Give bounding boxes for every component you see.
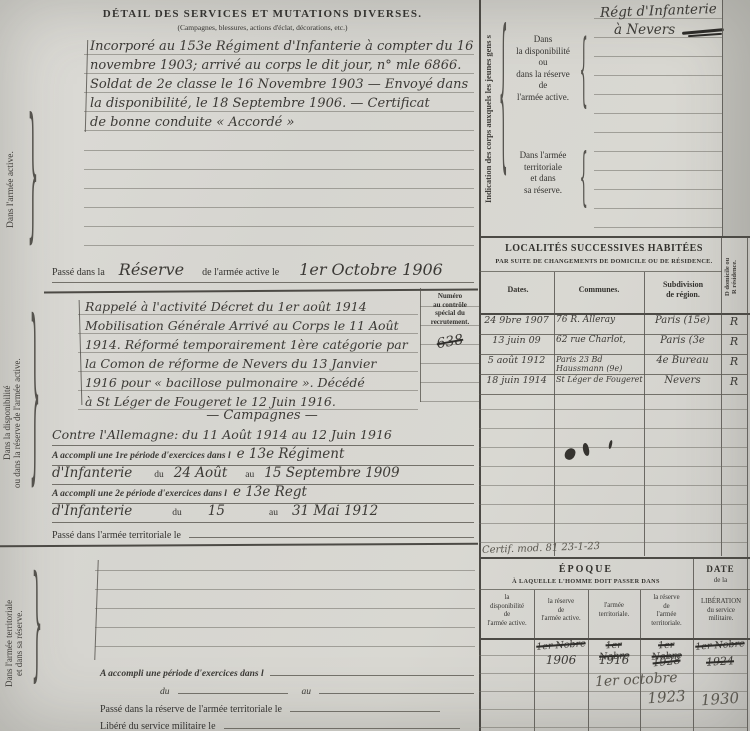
passe-reserve-prefix: Passé dans la [52, 267, 105, 278]
localites-subtitle: PAR SUITE DE CHANGEMENTS DE DOMICILE OU … [484, 258, 724, 265]
mobilisation-note-line: 1916 pour « bacillose pulmonaire ». Décé… [85, 375, 365, 390]
libere-blank [224, 716, 460, 729]
localites-empty-rows [479, 391, 747, 543]
service-note-line: novembre 1903; arrivé au corps le dit jo… [90, 58, 461, 73]
margin-label-armee-active: Dans l'armée active. [6, 95, 26, 285]
mobilisation-note-line: à St Léger de Fougeret le 12 Juin 1916. [85, 394, 336, 409]
numero-controle-box: Numéro au contrôle spécial du recrutemen… [420, 288, 479, 402]
libere-line: Libéré du service militaire le [100, 716, 460, 731]
cell-subdiv: Paris (3e [644, 335, 721, 355]
periode2-au-label: au [269, 508, 278, 518]
localites-col-domicile-residence: D domicile ou R résidence. [724, 243, 746, 311]
numero-controle-value: 638 [420, 329, 480, 355]
corps-territ-label: Dans l'armée territoriale et dans sa rés… [506, 150, 580, 196]
numero-controle-label: Numéro au contrôle spécial du recrutemen… [421, 288, 479, 326]
service-note-line: Incorporé au 153e Régiment d'Infanterie … [90, 39, 473, 54]
periode2-label: A accompli une 2e période d'exercices da… [52, 489, 227, 499]
territ-du-label: du [160, 687, 170, 697]
mobilisation-note-line: 1914. Réformé temporairement 1ère catégo… [85, 337, 408, 352]
epoque-date-title: DATE [693, 564, 748, 574]
localites-col-communes: Communes. [556, 285, 642, 294]
periode1-value: e 13e Régiment [237, 446, 345, 462]
periode1-au-label: au [245, 470, 254, 480]
periode2-value: e 13e Regt [233, 484, 307, 500]
table-row: 5 août 1912 Paris 23 Bd Haussmann (9e) 4… [479, 355, 747, 375]
territ-du-blank [178, 681, 288, 694]
localites-title: LOCALITÉS SUCCESSIVES HABITÉES [484, 243, 724, 254]
periode2-du-value: 15 [208, 503, 225, 519]
page-subtitle: (Campagnes, blessures, actions d'éclat, … [50, 23, 475, 32]
periode2-au-value: 31 Mai 1912 [292, 503, 378, 519]
periode1-au-value: 15 Septembre 1909 [264, 465, 399, 481]
campagnes-entry: Contre l'Allemagne: du 11 Août 1914 au 1… [52, 427, 392, 442]
epoque-value-territoriale: 1916 [590, 653, 638, 667]
margin-brace-active: } [28, 102, 39, 248]
periode1-label: A accompli une 1re période d'exercices d… [52, 451, 231, 461]
section-divider [44, 288, 478, 293]
passe-territoriale-blank [189, 523, 474, 538]
epoque-col-liberation: LIBÉRATION du service militaire. [694, 598, 748, 624]
service-note-line: de bonne conduite « Accordé » [90, 115, 294, 130]
service-note-line: la disponibilité, le 18 Septembre 1906. … [90, 96, 430, 111]
epoque-value-liberation-struck: 1924 [695, 654, 746, 670]
passe-reserve-line: Passé dans la Réserve de l'armée active … [52, 260, 474, 283]
cell-dr: R [721, 355, 747, 375]
epoque-title: ÉPOQUE [479, 564, 693, 575]
territ-passe-reserve-label: Passé dans la réserve de l'armée territo… [100, 704, 282, 715]
margin-brace-territoriale: } [32, 563, 43, 686]
campagnes-heading: — Campagnes — [50, 408, 474, 423]
epoque-value-reserve-active: 1906 [536, 653, 586, 667]
military-record-page: Dans l'armée active. } Dans la disponibi… [0, 0, 750, 731]
cell-date: 5 août 1912 [479, 355, 554, 375]
cell-dr: R [721, 315, 747, 335]
territ-passe-reserve-blank [290, 699, 440, 712]
territ-periode-line: A accompli une période d'exercices dans … [100, 663, 474, 679]
epoque-value-liberation: 1930 [694, 688, 745, 709]
periode2-line2: d'Infanterie du 15 au 31 Mai 1912 [52, 503, 474, 523]
territ-passe-reserve-line: Passé dans la réserve de l'armée territo… [100, 699, 440, 715]
epoque-col-territoriale: l'armée territoriale. [588, 602, 640, 619]
periode1-line2: d'Infanterie du 24 Août au 15 Septembre … [52, 465, 474, 485]
territ-periode-label: A accompli une période d'exercices dans … [100, 669, 264, 679]
periode2-value2: d'Infanterie [52, 503, 132, 519]
margin-label-territoriale: Dans l'armée territoriale et dans sa rés… [4, 557, 34, 729]
table-row: 24 9bre 1907 76 R. Alleray Paris (15e) R [479, 315, 747, 335]
epoque-value-reserve-territoriale: 1923 [641, 686, 691, 707]
territ-au-blank [319, 681, 474, 694]
epoque-date-sub: de la [693, 576, 748, 584]
cell-date: 24 9bre 1907 [479, 315, 554, 335]
periode1-value2: d'Infanterie [52, 465, 132, 481]
localites-header-rule [479, 271, 722, 272]
localites-col-subdivision: Subdivision de région. [646, 280, 720, 299]
corps-dispo-label: Dans la disponibilité ou dans la réserve… [506, 34, 580, 103]
periode1-du-value: 24 Août [174, 465, 227, 481]
epoque-col-reserve-territoriale: la réserve de l'armée territoriale. [640, 594, 693, 628]
margin-brace-disponibilite: } [30, 300, 41, 490]
passe-reserve-mid: de l'armée active le [202, 267, 279, 278]
epoque-subtitle: À LAQUELLE L'HOMME DOIT PASSER DANS [479, 578, 693, 585]
territ-periode-blank [270, 663, 474, 676]
epoque-header-rule [479, 589, 750, 590]
passe-territoriale-label: Passé dans l'armée territoriale le [52, 530, 181, 541]
passe-reserve-value: Réserve [119, 260, 184, 279]
service-note-line: Soldat de 2e classe le 16 Novembre 1903 … [90, 77, 468, 92]
cell-dr: R [721, 335, 747, 355]
right-edge-line [747, 237, 748, 731]
page-edge-strip [722, 0, 750, 237]
cell-commune: 62 rue Charlot, [554, 335, 644, 355]
section-divider [0, 543, 478, 548]
margin-label-disponibilite: Dans la disponibilité ou dans la réserve… [2, 292, 32, 554]
cell-commune: 76 R. Alleray [554, 315, 644, 335]
epoque-col-disponibilite: la disponibilité de l'armée active. [480, 594, 534, 628]
periode1-line1: A accompli une 1re période d'exercices d… [52, 446, 474, 466]
localites-footnote: Certif. mod. 81 23-1-23 [482, 541, 600, 556]
epoque-col-reserve-active: la réserve de l'armée active. [534, 598, 588, 624]
cell-date: 13 juin 09 [479, 335, 554, 355]
corps-brace-dispo: { [579, 30, 587, 109]
mobilisation-note-line: Mobilisation Générale Arrivé au Corps le… [85, 318, 399, 333]
corps-brace-territ: { [579, 146, 587, 208]
page-title: DÉTAIL DES SERVICES ET MUTATIONS DIVERSE… [50, 8, 475, 20]
campagnes-entry-line: Contre l'Allemagne: du 11 Août 1914 au 1… [52, 426, 474, 446]
territ-du-au-line: du au [160, 681, 474, 697]
mobilisation-note-line: Rappelé à l'activité Décret du 1er août … [85, 299, 367, 314]
localites-rows: 24 9bre 1907 76 R. Alleray Paris (15e) R… [479, 315, 747, 395]
epoque-top-border [479, 557, 750, 559]
ruled-lines-blank [84, 132, 474, 247]
libere-label: Libéré du service militaire le [100, 721, 216, 731]
corps-vertical-label: Indication des corps auxquels les jeunes… [483, 4, 499, 234]
ruled-lines-territoriale [95, 552, 475, 662]
regiment-entry-line2: à Nevers [614, 22, 675, 38]
periode2-du-label: du [172, 508, 182, 518]
periode1-du-label: du [154, 470, 164, 480]
territ-au-label: au [302, 687, 312, 697]
passe-territoriale-line: Passé dans l'armée territoriale le [52, 523, 474, 541]
cell-subdiv: Paris (15e) [644, 315, 721, 335]
cell-commune: Paris 23 Bd Haussmann (9e) [554, 355, 644, 375]
cell-subdiv: 4e Bureau [644, 355, 721, 375]
localites-top-border [479, 236, 750, 238]
passe-reserve-date: 1er Octobre 1906 [299, 260, 443, 279]
table-row: 13 juin 09 62 rue Charlot, Paris (3e R [479, 335, 747, 355]
periode2-line1: A accompli une 2e période d'exercices da… [52, 484, 474, 504]
mobilisation-note-line: la Comon de réforme de Nevers du 13 Janv… [85, 356, 376, 371]
localites-col-dates: Dates. [482, 285, 554, 294]
